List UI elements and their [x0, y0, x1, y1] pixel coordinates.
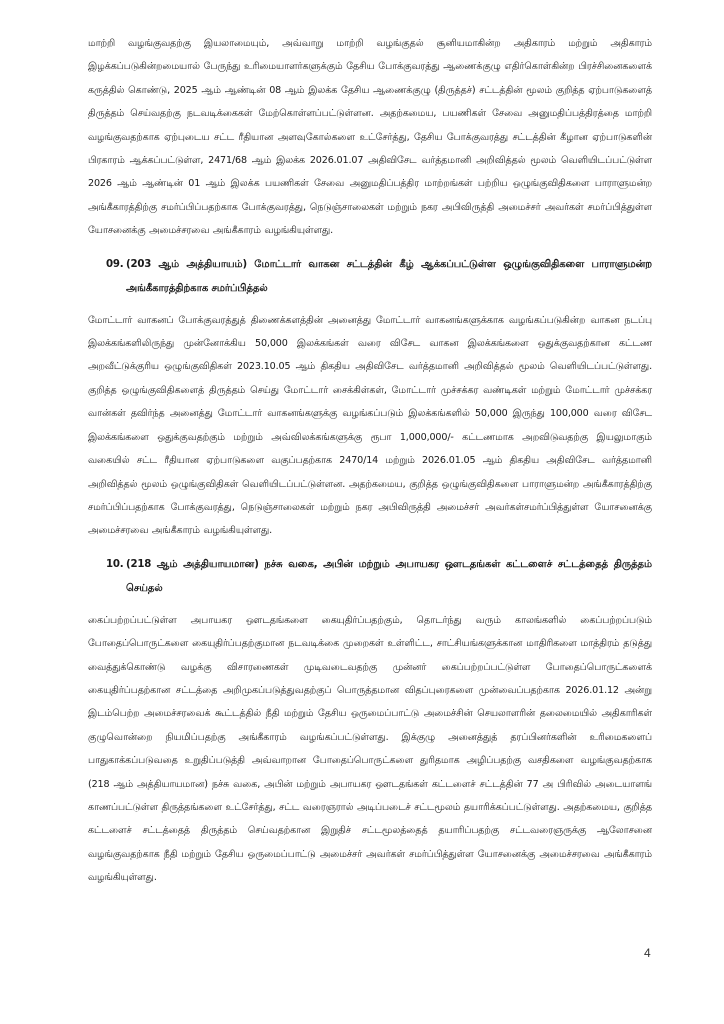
section-heading-09: 09. (203 ஆம் அத்தியாயம்) மோட்டார் வாகன ச…	[88, 253, 652, 301]
section-number: 09.	[106, 253, 123, 277]
section-heading-10: 10. (218 ஆம் அத்தியாயமான) நச்சு வகை, அபி…	[88, 553, 652, 601]
intro-paragraph: மாற்றி வழங்குவதற்கு இயலாமையும், அவ்வாறு …	[88, 32, 652, 243]
section-number: 10.	[106, 553, 123, 577]
document-page: மாற்றி வழங்குவதற்கு இயலாமையும், அவ்வாறு …	[0, 0, 724, 1024]
section-body-09: மோட்டார் வாகனப் போக்குவரத்துத் திணைக்களத…	[88, 309, 652, 543]
page-content: மாற்றி வழங்குவதற்கு இயலாமையும், அவ்வாறு …	[88, 32, 652, 890]
section-body-10: கைப்பற்றப்பட்டுள்ள அபாயகர ஔடதங்களை கையுத…	[88, 609, 652, 890]
section-title: (203 ஆம் அத்தியாயம்) மோட்டார் வாகன சட்டத…	[126, 259, 652, 294]
page-number: 4	[644, 946, 651, 960]
section-title: (218 ஆம் அத்தியாயமான) நச்சு வகை, அபின் ம…	[126, 559, 652, 594]
